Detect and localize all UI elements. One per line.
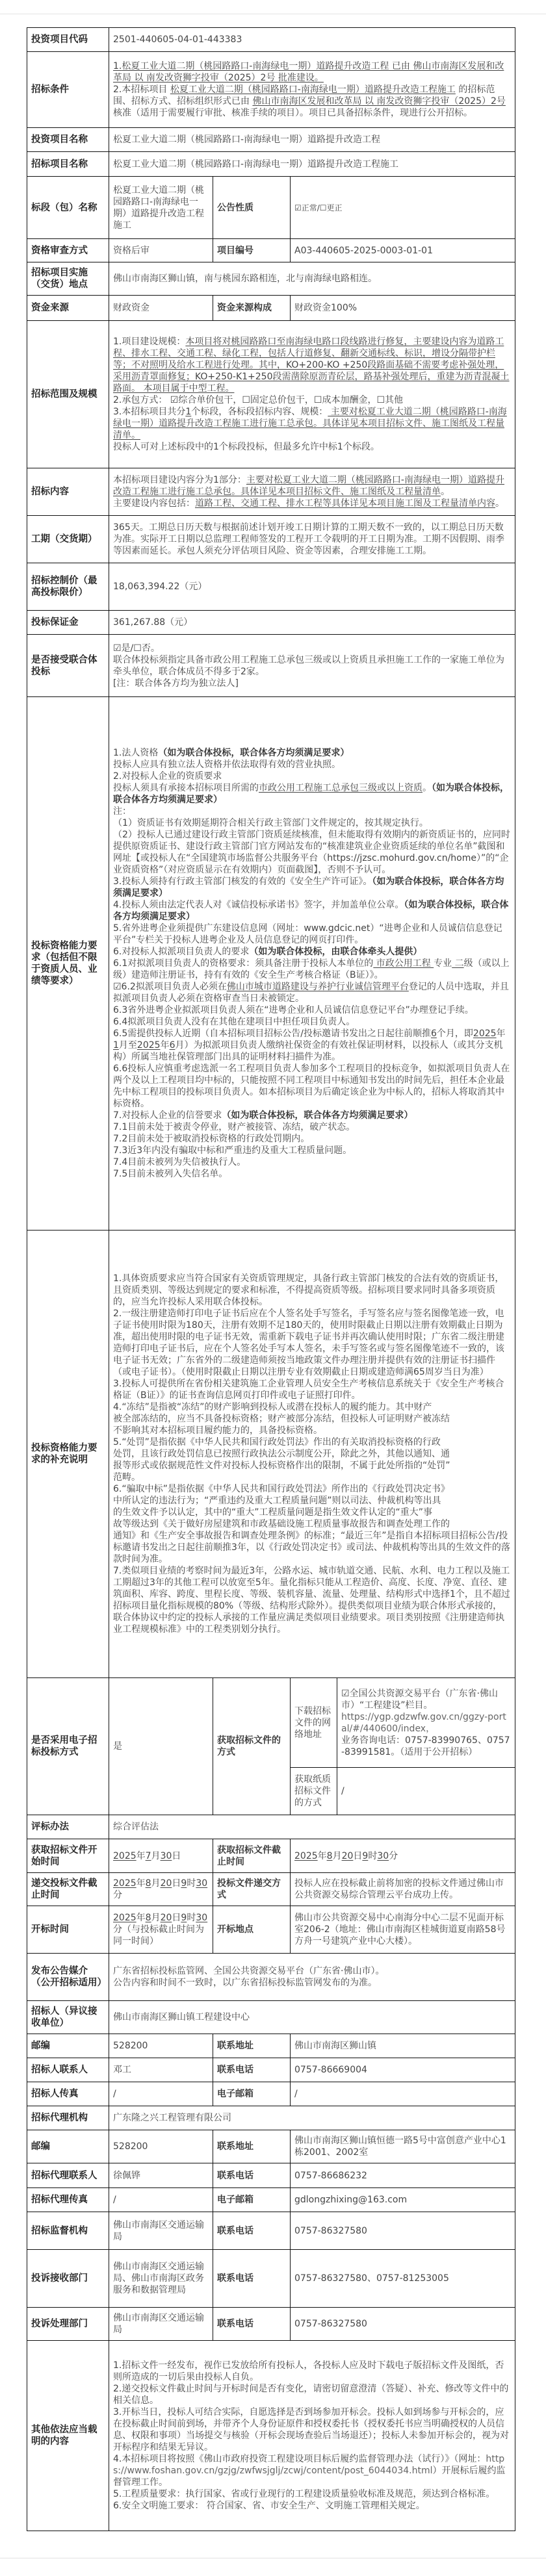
label: 招标代理联系人 — [27, 2163, 109, 2188]
review-method-value: 资格后审 — [109, 239, 213, 262]
label: 招标人传真 — [27, 2082, 109, 2106]
download-url-value: ☑全国公共资源交易平台（广东省·佛山市）“工程建设”栏目。 https://yg… — [337, 1678, 515, 1768]
agency-email[interactable]: gdlongzhixing@163.com — [291, 2188, 515, 2212]
address-label: 联系地址 — [213, 2034, 291, 2058]
content-value: 本招标项目建设内容分为1部分：主要对松夏工业大道二期（桃园路路口-南海绿电一期）… — [109, 468, 515, 516]
row-obtain-time: 获取招标文件开始时间 2025年7月30日 获取招标文件截止时间 2025年8月… — [27, 1839, 515, 1873]
label: 招标监督机构 — [27, 2212, 109, 2250]
label: 招标项目名称 — [27, 152, 109, 177]
tenderee-postcode: 528200 — [109, 2034, 213, 2058]
row-bid-bond: 投标保证金 361,267.88（元） — [27, 611, 515, 635]
tender-notice-table: 投资项目代码 2501-440605-04-01-443383 招标条件 1.松… — [27, 27, 515, 2531]
media-value: 广东省招标投标监管网、全国公共资源交易平台（广东省·佛山市）。公告内容和时间不一… — [109, 1954, 515, 2001]
label: 招标条件 — [27, 52, 109, 128]
evaluation-value: 综合评估法 — [109, 1815, 515, 1839]
notice-nature-label: 公告性质 — [213, 177, 291, 239]
label: 投标资格能力要求的补充说明 — [27, 1231, 109, 1678]
label: 标段（包）名称 — [27, 177, 109, 239]
submit-deadline-value: 2025年8月20日9时30分 — [109, 1873, 213, 1906]
row-complaint-handle: 投诉处理部门 佛山市南海区交通运输局 联系电话 0757-86327580 — [27, 2308, 515, 2341]
phone-label: 联系电话 — [213, 2250, 291, 2308]
label: 投资项目名称 — [27, 128, 109, 152]
row-investment-code: 投资项目代码 2501-440605-04-01-443383 — [27, 28, 515, 52]
qualification-value: 1.法人资格（如为联合体投标，联合体各方均须满足要求） 投标人应具有独立法人资格… — [109, 697, 515, 1231]
checkbox-icon: ☑正常/☐更正 — [294, 203, 343, 212]
agency-contact-name: 徐佩铧 — [109, 2163, 213, 2188]
tenderee-fax: / — [109, 2082, 213, 2106]
agency-postcode: 528200 — [109, 2130, 213, 2163]
row-opening: 开标时间 2025年8月20日9时30分（与投标截止时间为同一时间） 开标地点 … — [27, 1906, 515, 1954]
row-media: 发布公告媒介（公开招标适用） 广东省招标投标监管网、全国公共资源交易平台（广东省… — [27, 1954, 515, 2001]
obtain-start-value: 2025年7月30日 — [109, 1839, 213, 1873]
row-consortium: 是否接受联合体投标 ☑是/☐否。 联合体投标须指定具备市政公用工程施工总承包三级… — [27, 635, 515, 697]
complaint-receive-phone: 0757-86327580、0757-81253005 — [291, 2250, 515, 2308]
label: 招标范围及规模 — [27, 321, 109, 468]
label: 是否接受联合体投标 — [27, 635, 109, 697]
complaint-handle-value: 佛山市南海区交通运输局 — [109, 2308, 213, 2341]
row-agency: 招标代理机构 广东隆之兴工程管理有限公司 — [27, 2106, 515, 2130]
email-label: 电子邮箱 — [213, 2082, 291, 2106]
phone-label: 联系电话 — [213, 2308, 291, 2341]
label: 递交投标文件截止时间 — [27, 1873, 109, 1906]
label: 招标人联系人 — [27, 2058, 109, 2082]
download-url-label: 下载招标文件的网络地址 — [291, 1678, 337, 1768]
label: 资金来源 — [27, 296, 109, 321]
phone-label: 联系电话 — [213, 2212, 291, 2250]
row-tender-name: 招标项目名称 松夏工业大道二期（桃园路路口-南海绿电一期）道路提升改造工程施工 — [27, 152, 515, 177]
label: 投资项目代码 — [27, 28, 109, 52]
phone-label: 联系电话 — [213, 2058, 291, 2082]
row-conditions: 招标条件 1.松夏工业大道二期（桃园路路口-南海绿电一期）道路提升改造工程 已由… — [27, 52, 515, 128]
download-link[interactable]: https://ygp.gdzwfw.gov.cn/ggzy-portal/#/… — [341, 1712, 506, 1734]
label: 邮编 — [27, 2130, 109, 2163]
obtain-method-label: 获取招标文件的方式 — [213, 1678, 291, 1815]
tender-name-value: 松夏工业大道二期（桃园路路口-南海绿电一期）道路提升改造工程施工 — [109, 152, 515, 177]
label: 投诉接收部门 — [27, 2250, 109, 2308]
investment-name-value: 松夏工业大道二期（桃园路路口-南海绿电一期）道路提升改造工程 — [109, 128, 515, 152]
project-no-value: A03-440605-2025-0003-01-01 — [291, 239, 515, 262]
label: 工期（交货期） — [27, 516, 109, 563]
agency-fax: / — [109, 2188, 213, 2212]
agency-address: 佛山市南海区狮山镇恒德一路5号中富创意产业中心1栋2001、2002室 — [291, 2130, 515, 2163]
row-tenderee: 招标人（异议接收单位） 佛山市南海区狮山镇工程建设中心 — [27, 2001, 515, 2034]
label: 招标控制价（最高投标限价） — [27, 563, 109, 611]
other-value: 1.招标文件一经发布，视作已发放给所有投标人，各投标人应及时下载电子版招标文件及… — [109, 2341, 515, 2531]
label: 发布公告媒介（公开招标适用） — [27, 1954, 109, 2001]
agency-phone: 0757-86686232 — [291, 2163, 515, 2188]
label: 资格审查方式 — [27, 239, 109, 262]
row-content: 招标内容 本招标项目建设内容分为1部分：主要对松夏工业大道二期（桃园路路口-南海… — [27, 468, 515, 516]
control-price-value: 18,063,394.22（元） — [109, 563, 515, 611]
conditions-value: 1.松夏工业大道二期（桃园路路口-南海绿电一期）道路提升改造工程 已由 佛山市南… — [109, 52, 515, 128]
row-evaluation: 评标办法 综合评估法 — [27, 1815, 515, 1839]
label: 评标办法 — [27, 1815, 109, 1839]
row-agency-post: 邮编 528200 联系地址 佛山市南海区狮山镇恒德一路5号中富创意产业中心1栋… — [27, 2130, 515, 2163]
row-complaint-receive: 投诉接收部门 佛山市南海区交通运输局、佛山市南海区政务服务和数据管理局 联系电话… — [27, 2250, 515, 2308]
duration-value: 365天。工期总日历天数与根据前述计划开竣工日期计算的工期天数不一致的，以工期总… — [109, 516, 515, 563]
row-investment-name: 投资项目名称 松夏工业大道二期（桃园路路口-南海绿电一期）道路提升改造工程 — [27, 128, 515, 152]
tenderee-phone: 0757-86669004 — [291, 2058, 515, 2082]
row-agency-fax: 招标代理传真 / 电子邮箱 gdlongzhixing@163.com — [27, 2188, 515, 2212]
funding-composition-label: 资金来源构成 — [213, 296, 291, 321]
top-divider — [0, 14, 546, 14]
label: 投标保证金 — [27, 611, 109, 635]
obtain-end-label: 获取招标文件截止时间 — [213, 1839, 291, 1873]
row-duration: 工期（交货期） 365天。工期总日历天数与根据前述计划开竣工日期计算的工期天数不… — [27, 516, 515, 563]
row-agency-contact: 招标代理联系人 徐佩铧 联系电话 0757-86686232 — [27, 2163, 515, 2188]
agency-value: 广东隆之兴工程管理有限公司 — [109, 2106, 515, 2130]
tenderee-address: 佛山市南海区狮山镇 — [291, 2034, 515, 2058]
row-tenderee-contact: 招标人联系人 邓工 联系电话 0757-86669004 — [27, 2058, 515, 2082]
label: 是否采用电子招标投标方式 — [27, 1678, 109, 1815]
opening-place-value: 佛山市公共资源交易中心南海分中心二层不见面开标室206-2（地址：佛山市南海区桂… — [291, 1906, 515, 1954]
location-value: 佛山市南海区狮山镇，南与桃园东路相连，北与南海绿电路相连。 — [109, 262, 515, 296]
funding-composition-value: 财政资金100% — [291, 296, 515, 321]
notice-nature-value: ☑正常/☐更正 — [291, 177, 515, 239]
opening-time-value: 2025年8月20日9时30分（与投标截止时间为同一时间） — [109, 1906, 213, 1954]
label: 邮编 — [27, 2034, 109, 2058]
complaint-handle-phone: 0757-86327580 — [291, 2308, 515, 2341]
row-control-price: 招标控制价（最高投标限价） 18,063,394.22（元） — [27, 563, 515, 611]
row-supplement: 投标资格能力要求的补充说明 1.具体资质要求应当符合国家有关资质管理规定，具备行… — [27, 1231, 515, 1678]
supervision-phone: 0757-86327580 — [291, 2212, 515, 2250]
complaint-receive-value: 佛山市南海区交通运输局、佛山市南海区政务服务和数据管理局 — [109, 2250, 213, 2308]
row-electronic: 是否采用电子招标投标方式 是 获取招标文件的方式 下载招标文件的网络地址 ☑全国… — [27, 1678, 515, 1768]
supervision-value: 佛山市南海区交通运输局 — [109, 2212, 213, 2250]
obtain-end-value: 2025年8月20日9时30分 — [291, 1839, 515, 1873]
tenderee-contact-name: 邓工 — [109, 2058, 213, 2082]
email-label: 电子邮箱 — [213, 2188, 291, 2212]
address-label: 联系地址 — [213, 2130, 291, 2163]
label: 投诉处理部门 — [27, 2308, 109, 2341]
paper-method-label: 获取纸质招标文件的方式 — [291, 1768, 337, 1815]
row-scope: 招标范围及规模 1.项目建设规模：本项目将对桃园路路口至南海绿电路口段线路进行修… — [27, 321, 515, 468]
row-supervision: 招标监督机构 佛山市南海区交通运输局 联系电话 0757-86327580 — [27, 2212, 515, 2250]
funding-value: 财政资金 — [109, 296, 213, 321]
bottom-divider — [0, 2558, 546, 2558]
label: 招标项目实施（交货）地点 — [27, 262, 109, 296]
label: 招标人（异议接收单位） — [27, 2001, 109, 2034]
tenderee-email: / — [291, 2082, 515, 2106]
row-qualification-review: 资格审查方式 资格后审 项目编号 A03-440605-2025-0003-01… — [27, 239, 515, 262]
investment-code-value: 2501-440605-04-01-443383 — [109, 28, 515, 52]
section-name-value: 松夏工业大道二期（桃园路路口-南海绿电一期）道路提升改造工程施工 — [109, 177, 213, 239]
label: 获取招标文件开始时间 — [27, 1839, 109, 1873]
row-other: 其他依法应当载明的内容 1.招标文件一经发布，视作已发放给所有投标人，各投标人应… — [27, 2341, 515, 2531]
label: 招标代理传真 — [27, 2188, 109, 2212]
consortium-value: ☑是/☐否。 联合体投标须指定具备市政公用工程施工总承包三级或以上资质且承担施工… — [109, 635, 515, 697]
row-tenderee-fax: 招标人传真 / 电子邮箱 / — [27, 2082, 515, 2106]
bid-bond-value: 361,267.88（元） — [109, 611, 515, 635]
row-section: 标段（包）名称 松夏工业大道二期（桃园路路口-南海绿电一期）道路提升改造工程施工… — [27, 177, 515, 239]
opening-place-label: 开标地点 — [213, 1906, 291, 1954]
label: 投标资格能力要求（包括但不限于资质人员、业绩等要求） — [27, 697, 109, 1231]
electronic-value: 是 — [109, 1678, 213, 1815]
project-no-label: 项目编号 — [213, 239, 291, 262]
submit-method-label: 投标文件递交方式 — [213, 1873, 291, 1906]
row-tenderee-post: 邮编 528200 联系地址 佛山市南海区狮山镇 — [27, 2034, 515, 2058]
paper-method-value: / — [337, 1768, 515, 1815]
tenderee-value: 佛山市南海区狮山镇工程建设中心 — [109, 2001, 515, 2034]
label: 其他依法应当载明的内容 — [27, 2341, 109, 2531]
scope-value: 1.项目建设规模：本项目将对桃园路路口至南海绿电路口段线路进行修复，主要建设内容… — [109, 321, 515, 468]
row-submit: 递交投标文件截止时间 2025年8月20日9时30分 投标文件递交方式 投标人应… — [27, 1873, 515, 1906]
label: 招标内容 — [27, 468, 109, 516]
phone-label: 联系电话 — [213, 2163, 291, 2188]
row-qualification: 投标资格能力要求（包括但不限于资质人员、业绩等要求） 1.法人资格（如为联合体投… — [27, 697, 515, 1231]
row-location: 招标项目实施（交货）地点 佛山市南海区狮山镇，南与桃园东路相连，北与南海绿电路相… — [27, 262, 515, 296]
supplement-value: 1.具体资质要求应当符合国家有关资质管理规定，具备行政主管部门核发的合法有效的资… — [109, 1231, 515, 1678]
row-funding: 资金来源 财政资金 资金来源构成 财政资金100% — [27, 296, 515, 321]
label: 开标时间 — [27, 1906, 109, 1954]
label: 招标代理机构 — [27, 2106, 109, 2130]
submit-method-value: 投标人应在投标截止前将加密的投标文件通过佛山市公共资源交易综合管理云平台成功上传… — [291, 1873, 515, 1906]
